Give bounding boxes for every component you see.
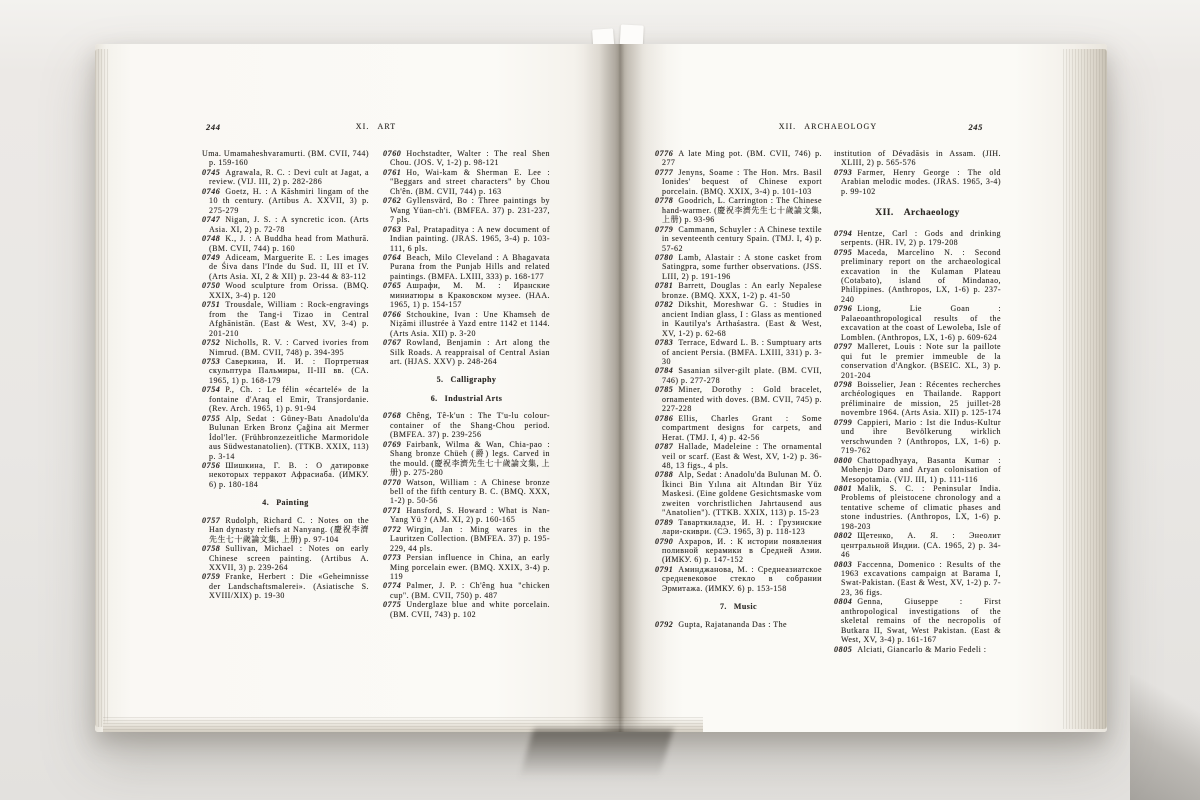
bib-entry: 0750Wood sculpture from Orissa. (BMQ. XX… xyxy=(202,281,369,300)
entry-number: 0800 xyxy=(834,456,852,465)
bib-entry: 0771Hansford, S. Howard : What is Nan-Ya… xyxy=(383,506,550,525)
bib-entry: 0799Cappieri, Mario : Ist die Indus-Kult… xyxy=(834,418,1001,456)
bib-entry: 0775Underglaze blue and white porcelain.… xyxy=(383,600,550,619)
bib-entry: 0769Fairbank, Wilma & Wan, Chia-pao : Sh… xyxy=(383,440,550,478)
page-244-column-2: 0760Hochstadter, Walter : The real Shen … xyxy=(383,149,550,619)
entry-number: 0755 xyxy=(202,414,220,423)
entry-number: 0796 xyxy=(834,304,852,313)
entry-number: 0797 xyxy=(834,342,852,351)
bib-entry: 0794Hentze, Carl : Gods and drinking ser… xyxy=(834,229,1001,248)
bib-entry: 0755Alp, Sedat : Güney-Batı Anadolu'da B… xyxy=(202,414,369,461)
bib-entry: 0757Rudolph, Richard C. : Notes on the H… xyxy=(202,516,369,544)
bib-entry: 0781Barrett, Douglas : An early Nepalese… xyxy=(655,281,822,300)
bib-entry: 0788Alp, Sedat : Anadolu'da Bulunan M. Ö… xyxy=(655,470,822,517)
heading-title: Archaeology xyxy=(904,208,960,218)
bib-entry: 0747Nigan, J. S. : A syncretic icon. (Ar… xyxy=(202,215,369,234)
entry-number: 0804 xyxy=(834,597,852,606)
entry-number: 0754 xyxy=(202,385,220,394)
bib-entry: 0760Hochstadter, Walter : The real Shen … xyxy=(383,149,550,168)
heading-number: XII. xyxy=(875,208,893,218)
section-heading: 6.Industrial Arts xyxy=(383,394,550,403)
entry-number: 0758 xyxy=(202,544,220,553)
entry-number: 0770 xyxy=(383,478,401,487)
bib-entry: 0798Boisselier, Jean : Récentes recherch… xyxy=(834,380,1001,418)
page-244-column-1: Uma. Umamaheshvaramurti. (BM. CVII, 744)… xyxy=(202,149,369,601)
heading-title: Music xyxy=(734,602,757,611)
bib-entry: 0746Goetz, H. : A Kāshmiri lingam of the… xyxy=(202,187,369,215)
heading-title: Calligraphy xyxy=(451,375,497,384)
bib-entry: 0767Rowland, Benjamin : Art along the Si… xyxy=(383,338,550,366)
section-heading: 7.Music xyxy=(655,602,822,611)
entry-number: 0752 xyxy=(202,338,220,347)
bib-entry: 0748K., J. : A Buddha head from Mathurā.… xyxy=(202,234,369,253)
bib-entry: 0773Persian influence in China, an early… xyxy=(383,553,550,581)
entry-number: 0756 xyxy=(202,461,220,470)
entry-number: 0750 xyxy=(202,281,220,290)
entry-number: 0762 xyxy=(383,196,401,205)
running-head-right: XII.ARCHAEOLOGY xyxy=(779,122,878,131)
bib-entry: 0777Jenyns, Soame : The Hon. Mrs. Basil … xyxy=(655,168,822,196)
entry-number: 0772 xyxy=(383,525,401,534)
entry-number: 0781 xyxy=(655,281,673,290)
bib-entry: 0766Stchoukine, Ivan : Une Khamseh de Ni… xyxy=(383,310,550,338)
running-head-title: ART xyxy=(377,122,396,131)
bib-entry: 0770Watson, William : A Chinese bronze b… xyxy=(383,478,550,506)
heading-number: 4. xyxy=(262,498,269,507)
bib-entry: 0765Ашрафи, М. М. : Иранские миниатюры в… xyxy=(383,281,550,309)
bib-entry: 0759Franke, Herbert : Die «Geheimnisse d… xyxy=(202,572,369,600)
entry-number: 0749 xyxy=(202,253,220,262)
entry-number: 0776 xyxy=(655,149,673,158)
bib-entry: 0778Goodrich, L. Carrington : The Chines… xyxy=(655,196,822,224)
entry-number: 0802 xyxy=(834,531,852,540)
photo-background: 244 XI.ART XII.ARCHAEOLOGY 245 Uma. Umam… xyxy=(0,0,1200,800)
entry-number: 0801 xyxy=(834,484,852,493)
bib-entry: 0797Malleret, Louis : Note sur la paillo… xyxy=(834,342,1001,380)
entry-number: 0759 xyxy=(202,572,220,581)
bib-entry: 0785Miner, Dorothy : Gold bracelet, orna… xyxy=(655,385,822,413)
page-number-left: 244 xyxy=(206,122,221,132)
bib-entry: 0792Gupta, Rajatananda Das : The xyxy=(655,620,822,629)
bib-entry: 0756Шишкина, Г. В. : О датировке некотор… xyxy=(202,461,369,489)
bib-entry-continuation: Uma. Umamaheshvaramurti. (BM. CVII, 744)… xyxy=(202,149,369,168)
entry-number: 0786 xyxy=(655,414,673,423)
bib-entry: 0795Maceda, Marcelino N. : Second prelim… xyxy=(834,248,1001,305)
entry-number: 0779 xyxy=(655,225,673,234)
entry-number: 0763 xyxy=(383,225,401,234)
heading-title: Painting xyxy=(276,498,309,507)
entry-number: 0780 xyxy=(655,253,673,262)
entry-number: 0795 xyxy=(834,248,852,257)
bib-entry: 0751Trousdale, William : Rock-engravings… xyxy=(202,300,369,338)
entry-number: 0791 xyxy=(655,565,673,574)
section-heading: 5.Calligraphy xyxy=(383,375,550,384)
bib-entry: 0754P., Ch. : Le félin «écartelé» de la … xyxy=(202,385,369,413)
entry-number: 0803 xyxy=(834,560,852,569)
entry-number: 0798 xyxy=(834,380,852,389)
entry-number: 0777 xyxy=(655,168,673,177)
bib-entry: 0786Ellis, Charles Grant : Some compartm… xyxy=(655,414,822,442)
entry-number: 0771 xyxy=(383,506,401,515)
entry-number: 0782 xyxy=(655,300,673,309)
bib-entry: 0796Liong, Lie Goan : Palaeoanthropologi… xyxy=(834,304,1001,342)
entry-number: 0768 xyxy=(383,411,401,420)
page-stack-fore-edge xyxy=(1063,49,1107,729)
bib-entry: 0763Pal, Pratapaditya : A new document o… xyxy=(383,225,550,253)
entry-number: 0783 xyxy=(655,338,673,347)
entry-number: 0792 xyxy=(655,620,673,629)
heading-title: Industrial Arts xyxy=(445,394,503,403)
entry-number: 0778 xyxy=(655,196,673,205)
bib-entry: 0768Chêng, Tê-k'un : The T'u-lu colour-c… xyxy=(383,411,550,439)
entry-number: 0789 xyxy=(655,518,673,527)
entry-number: 0775 xyxy=(383,600,401,609)
bib-entry: 0793Farmer, Henry George : The old Arabi… xyxy=(834,168,1001,196)
bib-entry: 0801Malik, S. C. : Peninsular India. Pro… xyxy=(834,484,1001,531)
running-head-chapter-number: XI. xyxy=(356,122,370,131)
bib-entry-continuation: institution of Dévadāsis in Assam. (JIH.… xyxy=(834,149,1001,168)
bib-entry: 0764Beach, Milo Cleveland : A Bhagavata … xyxy=(383,253,550,281)
entry-number: 0764 xyxy=(383,253,401,262)
page-number-right: 245 xyxy=(968,122,983,132)
bib-entry: 0772Wirgin, Jan : Ming wares in the Laur… xyxy=(383,525,550,553)
entry-number: 0793 xyxy=(834,168,852,177)
page-244-header: 244 XI.ART xyxy=(202,122,550,134)
bib-entry: 0800Chattopadhyaya, Basanta Kumar : Mohe… xyxy=(834,456,1001,484)
bib-entry: 0803Faccenna, Domenico : Results of the … xyxy=(834,560,1001,598)
bib-entry: 0776A late Ming pot. (BM. CVII, 746) p. … xyxy=(655,149,822,168)
bib-entry: 0758Sullivan, Michael : Notes on early C… xyxy=(202,544,369,572)
page-stack-left-edge xyxy=(95,49,110,727)
entry-number: 0799 xyxy=(834,418,852,427)
spine-cast-shadow xyxy=(517,729,674,787)
bib-entry: 0787Hallade, Madeleine : The ornamental … xyxy=(655,442,822,470)
bib-entry: 0802Щетенко, А. Я. : Энеолит центральной… xyxy=(834,531,1001,559)
bib-entry: 0779Cammann, Schuyler : A Chinese textil… xyxy=(655,225,822,253)
entry-number: 0805 xyxy=(834,645,852,654)
entry-number: 0774 xyxy=(383,581,401,590)
entry-number: 0753 xyxy=(202,357,220,366)
entry-number: 0765 xyxy=(383,281,401,290)
running-head-left: XI.ART xyxy=(356,122,397,131)
bib-entry: 0782Dikshit, Moreshwar G. : Studies in a… xyxy=(655,300,822,338)
entry-number: 0747 xyxy=(202,215,220,224)
page-245-column-2: institution of Dévadāsis in Assam. (JIH.… xyxy=(834,149,1001,654)
entry-number: 0790 xyxy=(655,537,673,546)
entry-number: 0788 xyxy=(655,470,673,479)
bib-entry: 0784Sasanian silver-gilt plate. (BM. CVI… xyxy=(655,366,822,385)
running-head-chapter-number: XII. xyxy=(779,122,797,131)
bib-entry: 0774Palmer, J. P. : Ch'êng hua "chicken … xyxy=(383,581,550,600)
bib-entry: 0780Lamb, Alastair : A stone casket from… xyxy=(655,253,822,281)
section-heading: 4.Painting xyxy=(202,498,369,507)
entry-number: 0785 xyxy=(655,385,673,394)
entry-number: 0773 xyxy=(383,553,401,562)
bib-entry: 0805Alciati, Giancarlo & Mario Fedeli : xyxy=(834,645,1001,654)
bib-entry: 0762Gyllensvärd, Bo : Three paintings by… xyxy=(383,196,550,224)
entry-number: 0761 xyxy=(383,168,401,177)
heading-number: 7. xyxy=(720,602,727,611)
bib-entry: 0804Genna, Giuseppe : First anthropologi… xyxy=(834,597,1001,644)
bib-entry: 0791Аминджанова, М. : Среднеазиатское ср… xyxy=(655,565,822,593)
entry-number: 0746 xyxy=(202,187,220,196)
bib-entry: 0789Таварткиладзе, И. Н. : Грузинские ла… xyxy=(655,518,822,537)
bib-entry: 0745Agrawala, R. C. : Devi cult at Jagat… xyxy=(202,168,369,187)
entry-number: 0769 xyxy=(383,440,401,449)
entry-number: 0748 xyxy=(202,234,220,243)
entry-number: 0745 xyxy=(202,168,220,177)
bib-entry: 0761Ho, Wai-kam & Sherman E. Lee : "Begg… xyxy=(383,168,550,196)
entry-number: 0787 xyxy=(655,442,673,451)
chapter-heading: XII.Archaeology xyxy=(834,209,1001,218)
heading-number: 5. xyxy=(437,375,444,384)
bib-entry: 0752Nicholls, R. V. : Carved ivories fro… xyxy=(202,338,369,357)
entry-number: 0766 xyxy=(383,310,401,319)
page-245-column-1: 0776A late Ming pot. (BM. CVII, 746) p. … xyxy=(655,149,822,629)
shadow-bottom-right xyxy=(1130,675,1200,800)
page-245-header: XII.ARCHAEOLOGY 245 xyxy=(655,122,1001,134)
entry-number: 0794 xyxy=(834,229,852,238)
entry-number: 0784 xyxy=(655,366,673,375)
entry-number: 0767 xyxy=(383,338,401,347)
bib-entry: 0749Adiceam, Marguerite E. : Les images … xyxy=(202,253,369,281)
entry-number: 0751 xyxy=(202,300,220,309)
heading-number: 6. xyxy=(431,394,438,403)
entry-number: 0757 xyxy=(202,516,220,525)
entry-number: 0760 xyxy=(383,149,401,158)
bib-entry: 0783Terrace, Edward L. B. : Sumptuary ar… xyxy=(655,338,822,366)
running-head-title: ARCHAEOLOGY xyxy=(804,122,877,131)
bib-entry: 0753Саверкина, И. И. : Портретная скульп… xyxy=(202,357,369,385)
bib-entry: 0790Ахраров, И. : К истории появления по… xyxy=(655,537,822,565)
